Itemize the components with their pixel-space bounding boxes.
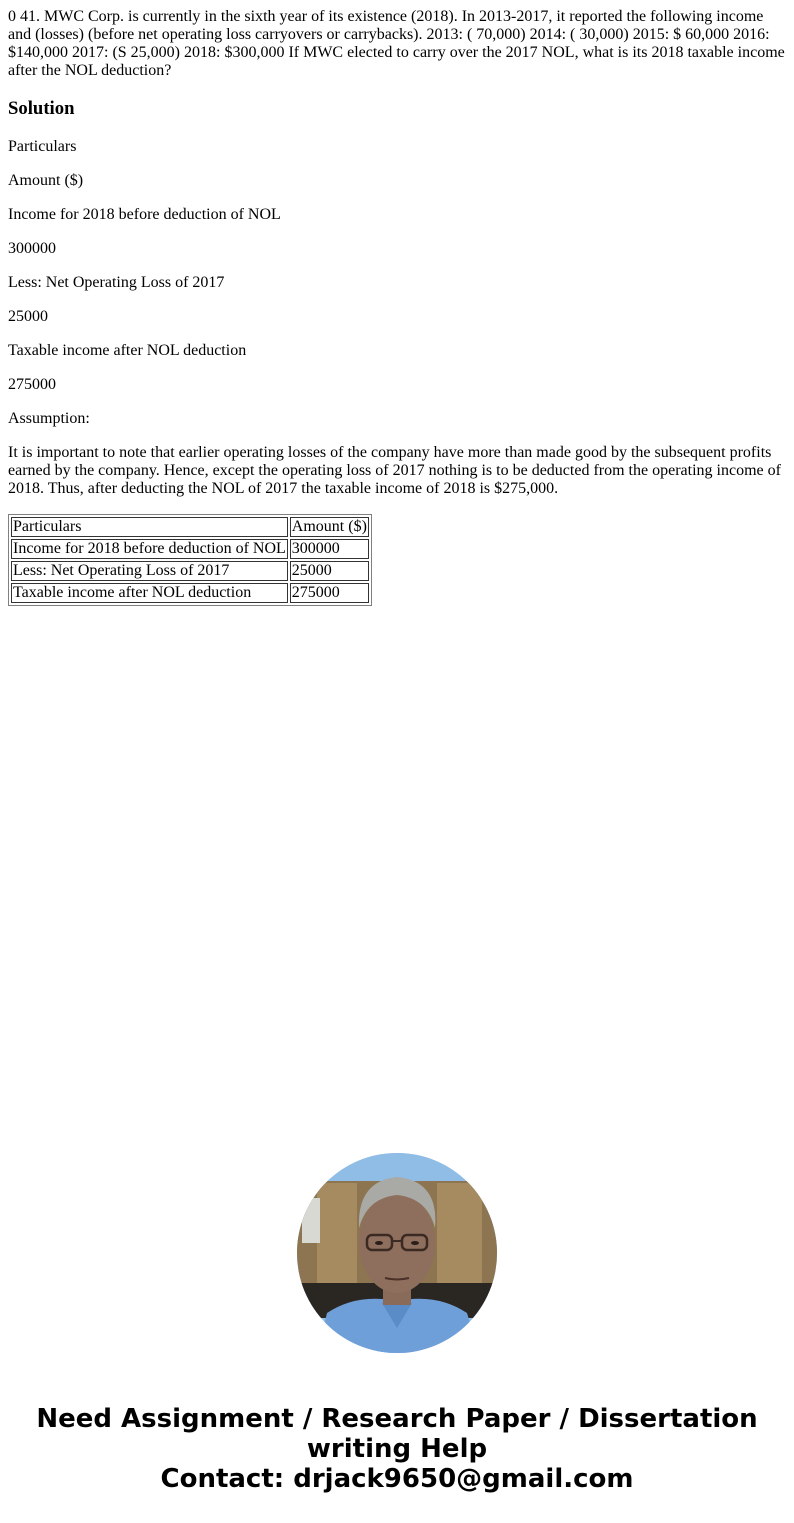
solution-heading: Solution bbox=[8, 98, 786, 120]
line-income-label: Income for 2018 before deduction of NOL bbox=[8, 206, 786, 224]
table-row: Particulars Amount ($) bbox=[11, 517, 369, 537]
document-body: 0 41. MWC Corp. is currently in the sixt… bbox=[0, 0, 794, 606]
line-particulars: Particulars bbox=[8, 138, 786, 156]
assumption-label: Assumption: bbox=[8, 410, 786, 428]
line-taxable-label: Taxable income after NOL deduction bbox=[8, 342, 786, 360]
table-cell: 25000 bbox=[290, 561, 369, 581]
table-row: Income for 2018 before deduction of NOL … bbox=[11, 539, 369, 559]
promo-banner: Need Assignment / Research Paper / Disse… bbox=[0, 1404, 794, 1494]
line-nol-label: Less: Net Operating Loss of 2017 bbox=[8, 274, 786, 292]
table-cell: Taxable income after NOL deduction bbox=[11, 583, 288, 603]
promo-line-2: writing Help bbox=[0, 1434, 794, 1464]
table-cell: 300000 bbox=[290, 539, 369, 559]
table-row: Less: Net Operating Loss of 2017 25000 bbox=[11, 561, 369, 581]
table-row: Taxable income after NOL deduction 27500… bbox=[11, 583, 369, 603]
table-cell: Less: Net Operating Loss of 2017 bbox=[11, 561, 288, 581]
assumption-text: It is important to note that earlier ope… bbox=[8, 444, 786, 498]
line-income-value: 300000 bbox=[8, 240, 786, 258]
avatar bbox=[297, 1153, 497, 1353]
person-portrait-icon bbox=[297, 1153, 497, 1353]
solution-table: Particulars Amount ($) Income for 2018 b… bbox=[8, 514, 372, 606]
table-cell: Income for 2018 before deduction of NOL bbox=[11, 539, 288, 559]
line-nol-value: 25000 bbox=[8, 308, 786, 326]
question-text: 0 41. MWC Corp. is currently in the sixt… bbox=[8, 8, 786, 80]
table-cell: Amount ($) bbox=[290, 517, 369, 537]
promo-line-1: Need Assignment / Research Paper / Disse… bbox=[0, 1404, 794, 1434]
line-taxable-value: 275000 bbox=[8, 376, 786, 394]
promo-contact: Contact: drjack9650@gmail.com bbox=[0, 1464, 794, 1494]
table-cell: Particulars bbox=[11, 517, 288, 537]
table-cell: 275000 bbox=[290, 583, 369, 603]
line-amount-header: Amount ($) bbox=[8, 172, 786, 190]
